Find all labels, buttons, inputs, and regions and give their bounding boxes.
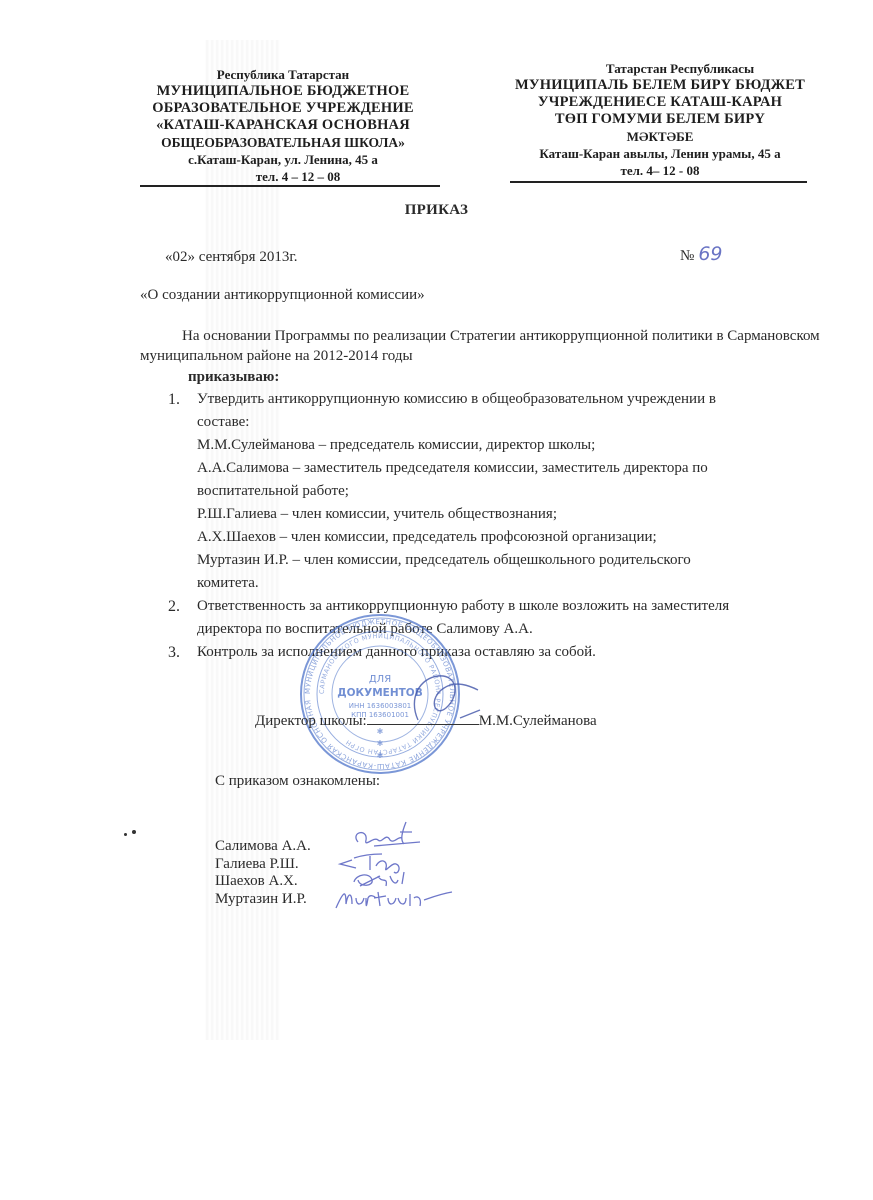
header-right-rule	[510, 181, 807, 183]
acquainted-label: С приказом ознакомлены:	[215, 773, 380, 790]
document-page: Республика Татарстан МУНИЦИПАЛЬНОЕ БЮДЖЕ…	[0, 0, 873, 1200]
order-date: «02» сентября 2013г.	[165, 249, 298, 266]
item-line: Ответственность за антикоррупционную раб…	[197, 595, 818, 618]
header-right-line: МӘКТӘБЕ	[505, 128, 815, 145]
order-basis: На основании Программы по реализации Стр…	[140, 326, 830, 366]
acquainted-name: Галиева Р.Ш.	[215, 856, 311, 874]
item-line: составе:	[197, 411, 818, 434]
order-item-1: 1. Утвердить антикоррупционную комиссию …	[168, 388, 818, 595]
item-line: Утвердить антикоррупционную комиссию в о…	[197, 388, 818, 411]
acquainted-signatures	[330, 818, 480, 914]
commission-member: Р.Ш.Галиева – член комиссии, учитель общ…	[197, 503, 818, 526]
director-name: М.М.Сулейманова	[479, 713, 597, 729]
acquainted-list: Салимова А.А. Галиева Р.Ш. Шаехов А.Х. М…	[215, 838, 311, 908]
director-label: Директор школы:	[255, 713, 367, 729]
order-word: приказываю:	[188, 369, 279, 386]
document-title: ПРИКАЗ	[0, 202, 873, 219]
stamp-text-top: ДЛЯ	[369, 674, 391, 685]
header-left: Республика Татарстан МУНИЦИПАЛЬНОЕ БЮДЖЕ…	[133, 66, 433, 185]
header-left-phone: тел. 4 – 12 – 08	[133, 168, 433, 185]
commission-member: Муртазин И.Р. – член комиссии, председат…	[197, 549, 818, 572]
order-item-3: 3. Контроль за исполнением данного прика…	[168, 641, 818, 664]
commission-member: М.М.Сулейманова – председатель комиссии,…	[197, 434, 818, 457]
handwritten-number: 69	[698, 243, 722, 265]
acquainted-name: Шаехов А.Х.	[215, 873, 311, 891]
item-number: 3.	[168, 641, 180, 664]
acquainted-name: Муртазин И.Р.	[215, 891, 311, 909]
director-signature	[398, 668, 488, 728]
header-left-line: МУНИЦИПАЛЬНОЕ БЮДЖЕТНОЕ	[133, 83, 433, 100]
item-line: директора по воспитательной работе Салим…	[197, 618, 818, 641]
number-label: №	[680, 248, 694, 264]
header-left-line: ОБРАЗОВАТЕЛЬНОЕ УЧРЕЖДЕНИЕ	[133, 100, 433, 117]
item-line: Контроль за исполнением данного приказа …	[197, 641, 818, 664]
svg-text:✱: ✱	[377, 751, 384, 760]
header-left-line: ОБЩЕОБРАЗОВАТЕЛЬНАЯ ШКОЛА»	[133, 134, 433, 151]
header-right-line: УЧРЕЖДЕНИЕСЕ КАТАШ-КАРАН	[505, 94, 815, 111]
header-left-address: с.Каташ-Каран, ул. Ленина, 45 а	[133, 151, 433, 168]
commission-member-cont: воспитательной работе;	[197, 480, 818, 503]
commission-member-cont: комитета.	[197, 572, 818, 595]
header-right-phone: тел. 4– 12 - 08	[505, 162, 815, 179]
item-number: 2.	[168, 595, 180, 618]
order-subject: «О создании антикоррупционной комиссии»	[140, 287, 425, 304]
acquainted-name: Салимова А.А.	[215, 838, 311, 856]
header-right-line: ТӨП ГОМУМИ БЕЛЕМ БИРҮ	[505, 111, 815, 128]
header-left-republic: Республика Татарстан	[133, 66, 433, 83]
header-left-rule	[140, 185, 440, 187]
header-left-line: «КАТАШ-КАРАНСКАЯ ОСНОВНАЯ	[133, 117, 433, 134]
header-right: Татарстан Республикасы МУНИЦИПАЛЬ БЕЛЕМ …	[505, 60, 815, 179]
commission-member: А.А.Салимова – заместитель председателя …	[197, 457, 818, 480]
order-number: №69	[680, 243, 723, 265]
svg-text:✱: ✱	[377, 739, 384, 748]
item-number: 1.	[168, 388, 180, 411]
header-right-line: МУНИЦИПАЛЬ БЕЛЕМ БИРҮ БЮДЖЕТ	[505, 77, 815, 94]
order-item-2: 2. Ответственность за антикоррупционную …	[168, 595, 818, 641]
header-right-republic: Татарстан Республикасы	[505, 60, 815, 77]
commission-member: А.Х.Шаехов – член комиссии, председатель…	[197, 526, 818, 549]
order-items: 1. Утвердить антикоррупционную комиссию …	[168, 388, 818, 664]
header-right-address: Каташ-Каран авылы, Ленин урамы, 45 а	[505, 145, 815, 162]
